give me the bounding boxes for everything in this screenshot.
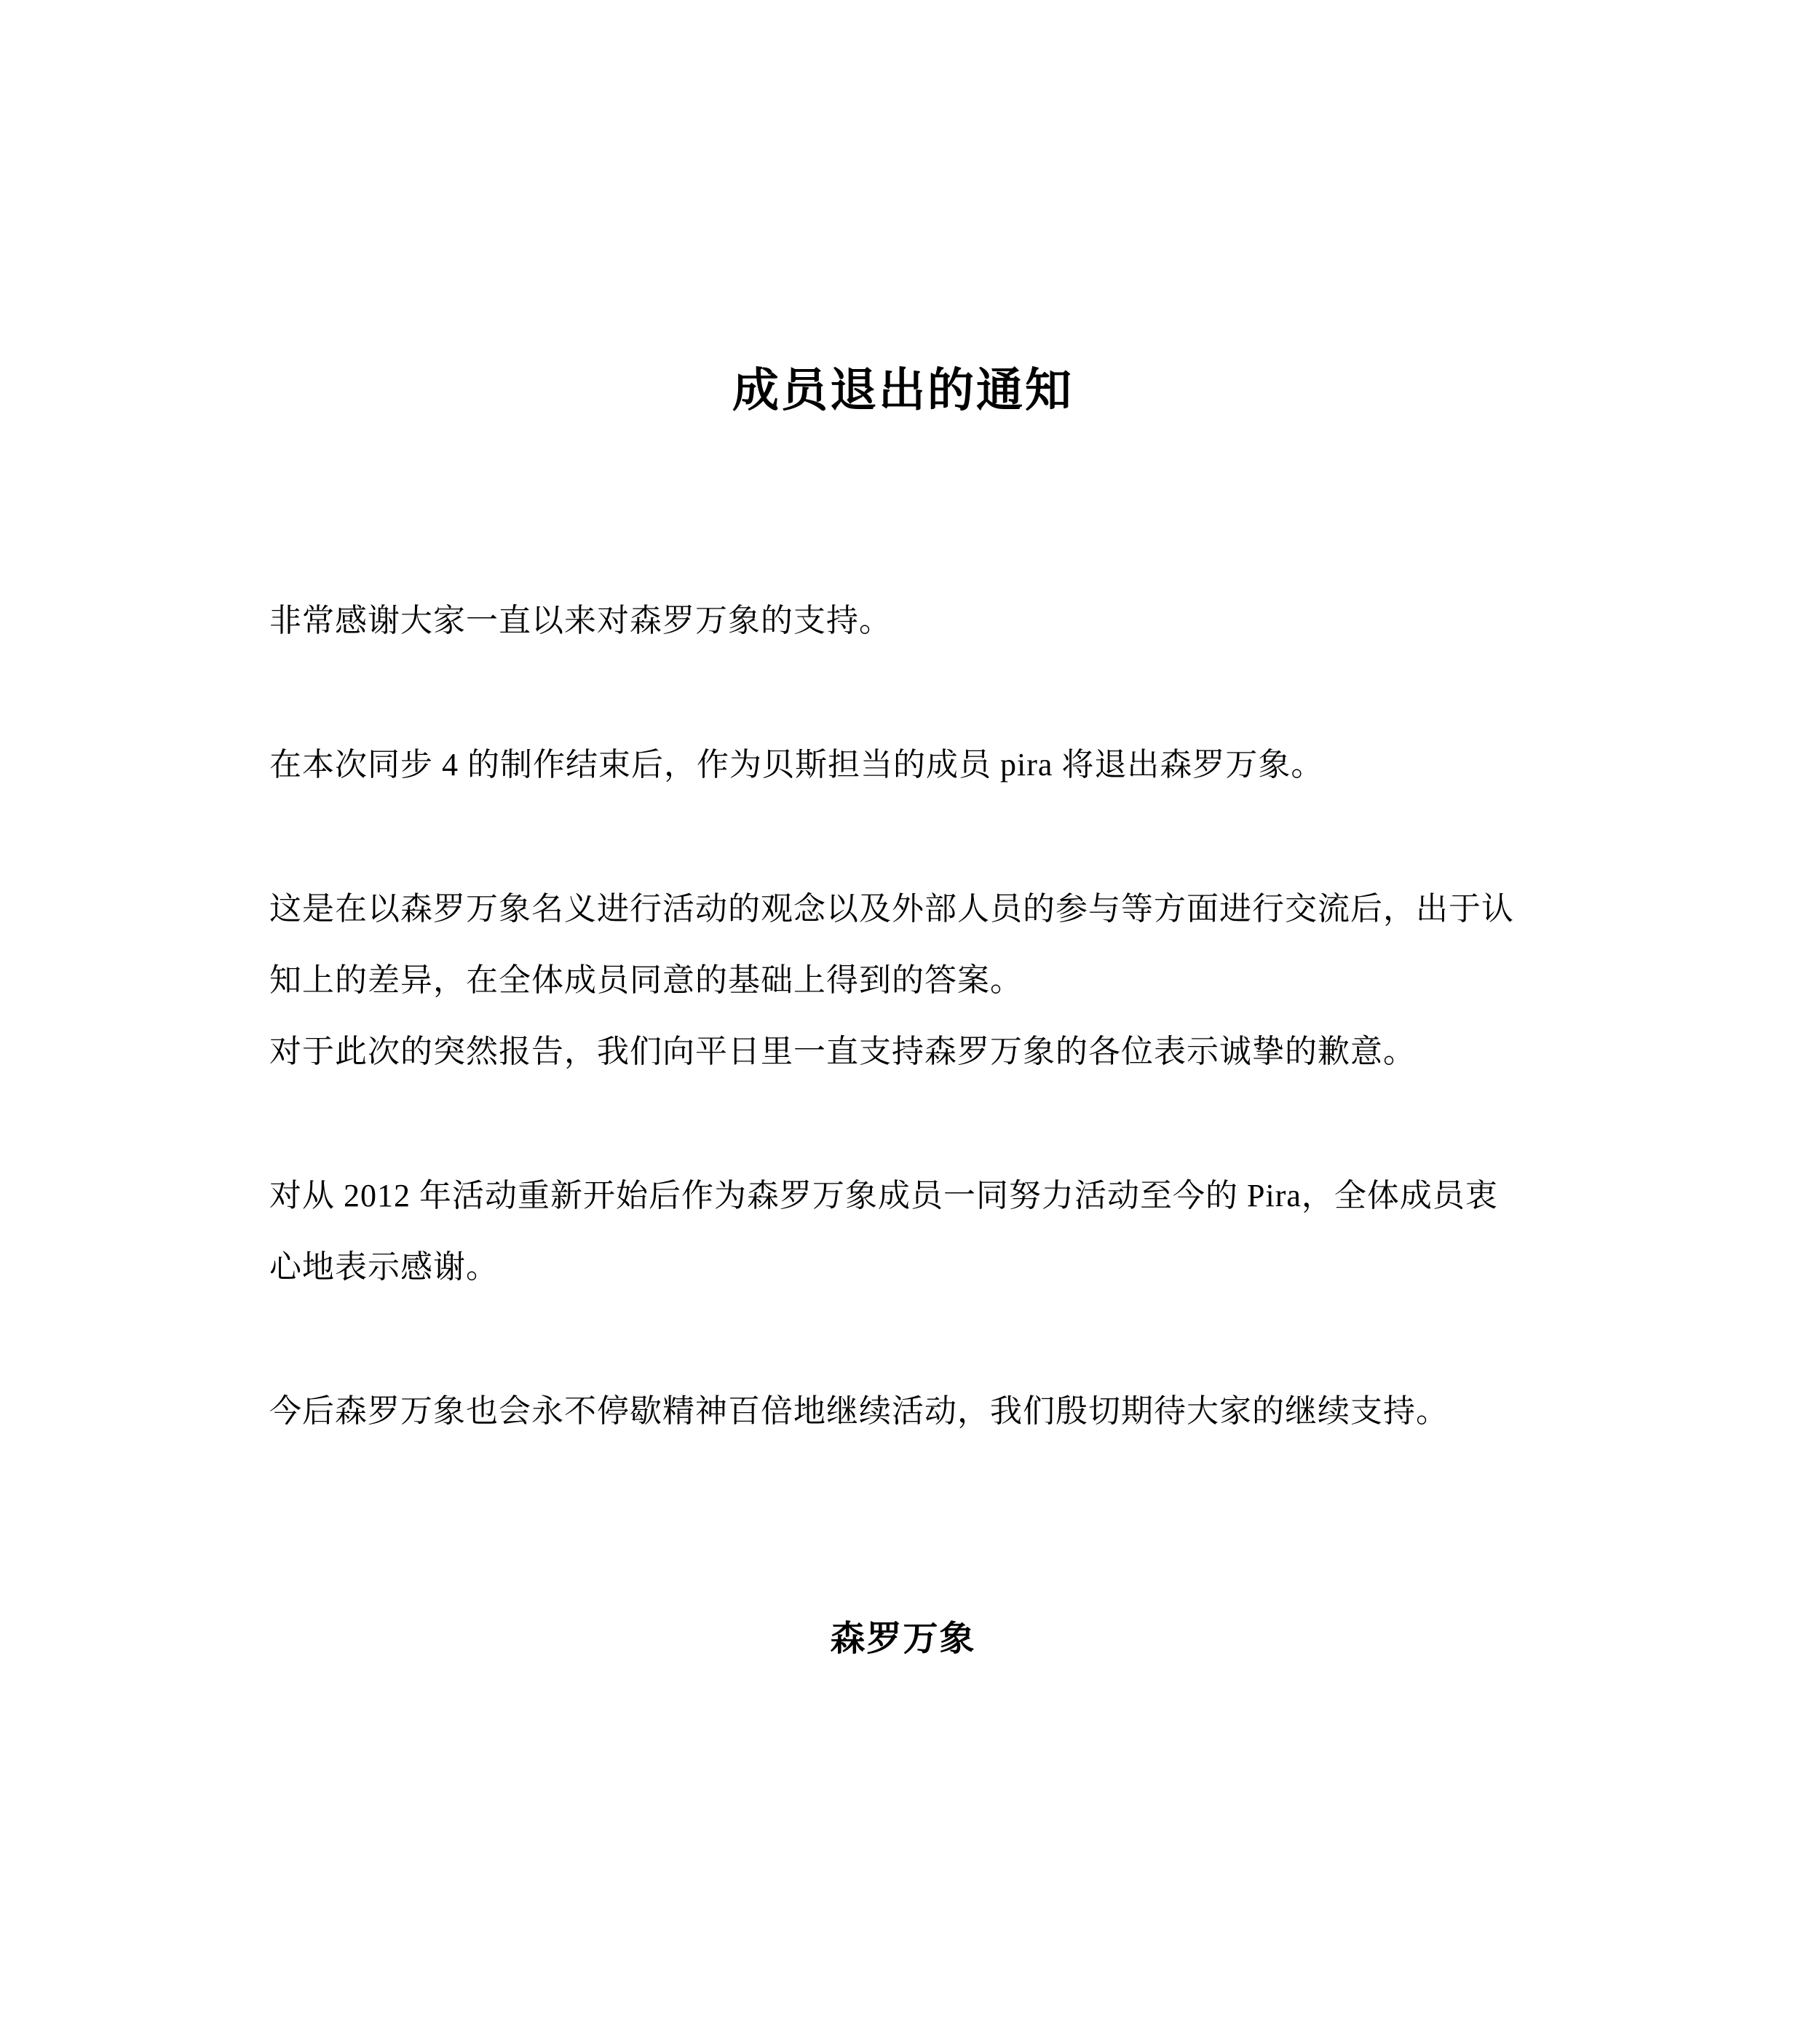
- paragraph-announcement: 在本次同步 4 的制作结束后，作为贝斯担当的成员 pira 将退出森罗万象。: [269, 729, 1537, 801]
- document-title: 成员退出的通知: [269, 368, 1537, 414]
- signature: 森罗万象: [269, 1604, 1537, 1675]
- paragraph-reason: 这是在以森罗万象名义进行活动的观念以及外部人员的参与等方面进行交流后，出于认 知…: [269, 874, 1537, 1088]
- paragraph-future: 今后森罗万象也会永不停歇精神百倍地继续活动，我们殷切期待大家的继续支持。: [269, 1376, 1537, 1447]
- paragraph-thanks: 非常感谢大家一直以来对森罗万象的支持。: [269, 585, 1537, 657]
- document-page: 成员退出的通知 非常感谢大家一直以来对森罗万象的支持。 在本次同步 4 的制作结…: [0, 0, 1806, 2044]
- paragraph-gratitude: 对从 2012 年活动重新开始后作为森罗万象成员一同努力活动至今的 Pira，全…: [269, 1160, 1537, 1303]
